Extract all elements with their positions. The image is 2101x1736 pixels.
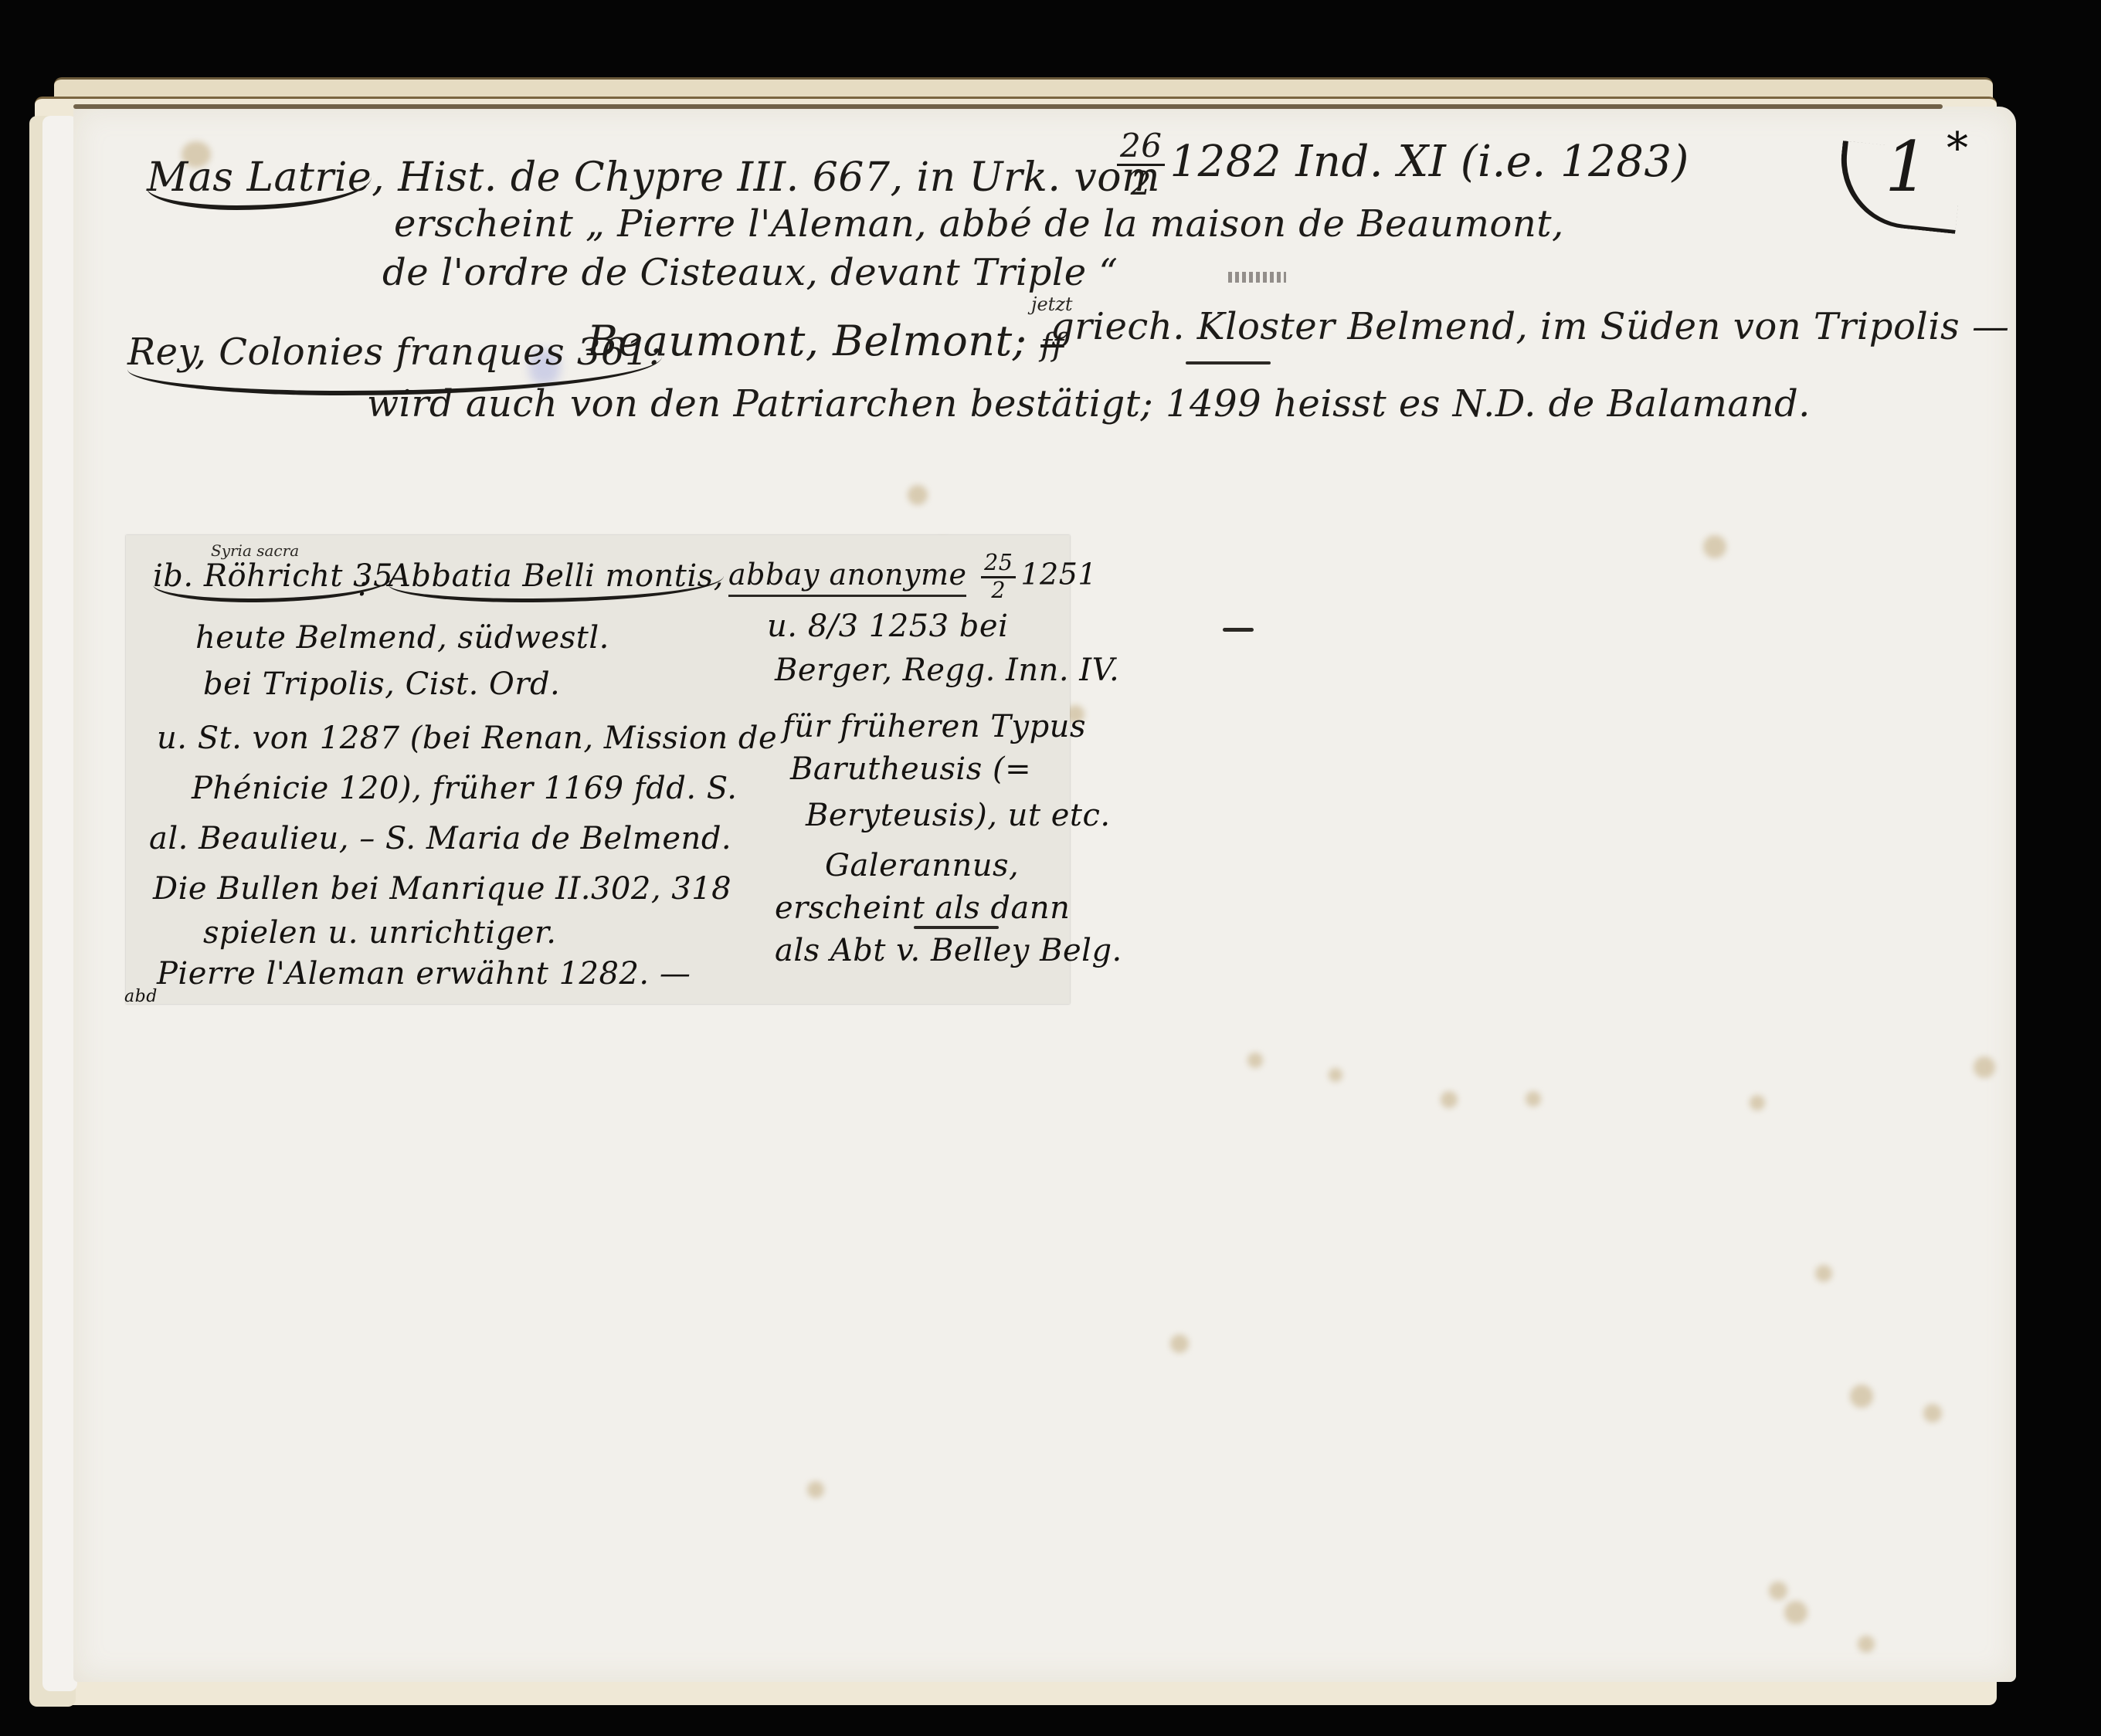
date-fraction: 25 2 <box>981 552 1016 602</box>
foxing-stain <box>1526 1091 1541 1107</box>
folio-number-text: 1 <box>1885 127 1929 208</box>
date-fraction: 26 2 <box>1117 130 1165 200</box>
page-top-edge <box>73 104 1943 109</box>
entry-mas-latrie-date: 26 2 1282 Ind. XI (i.e. 1283) <box>1112 130 1689 200</box>
slip-abbatia: Abbatia Belli montis, <box>389 558 724 594</box>
underline-belmend <box>1186 361 1271 364</box>
foxing-stain <box>1850 1385 1873 1408</box>
slip-line-spielen: spielen u. unrichtiger. <box>203 915 556 951</box>
entry-rey-line2: griech. Kloster Belmend, im Süden von Tr… <box>1050 305 2009 348</box>
asterisk-icon: * <box>1947 124 1968 174</box>
foxing-stain <box>1858 1636 1875 1653</box>
foxing-stain <box>1769 1582 1787 1600</box>
entry-rey-line1: Beaumont, Belmont; ff <box>587 317 1064 365</box>
foxing-stain <box>1329 1068 1342 1082</box>
interlinear-syria-sacra: Syria sacra <box>211 541 299 560</box>
entry-mas-latrie-line2: erscheint „ Pierre l'Aleman, abbé de la … <box>394 202 1564 246</box>
slip-colon: : <box>358 568 368 603</box>
folio-number: 1 * <box>1831 131 1985 216</box>
slip-right-beryteusis: Beryteusis), ut etc. <box>806 798 1111 833</box>
crossed-out-text <box>1228 272 1286 283</box>
page-stack-left-white-edge <box>42 116 77 1691</box>
slip-right-1253: u. 8/3 1253 bei <box>767 609 1008 644</box>
underline-dann <box>914 926 999 929</box>
entry-mas-latrie-line3: de l'ordre de Cisteaux, devant Triple “ <box>382 251 1118 294</box>
entry-rey-source: Rey, Colonies franques 361: <box>127 331 662 374</box>
foxing-stain <box>1703 535 1726 558</box>
foxing-stain <box>1923 1404 1942 1422</box>
slip-right-erscheint: erscheint als dann <box>775 890 1070 926</box>
slip-right-berger: Berger, Regg. Inn. IV. <box>775 653 1119 688</box>
slip-margin-note: abd <box>124 987 158 1006</box>
foxing-stain <box>1815 1265 1832 1282</box>
foxing-stain <box>1170 1334 1189 1353</box>
slip-abbay-anonyme: abbay anonyme 25 2 1251 <box>728 552 1097 602</box>
slip-right-barutheusis: Barutheusis (= <box>790 751 1031 787</box>
foxing-stain <box>908 485 928 505</box>
foxing-stain <box>1247 1053 1263 1068</box>
foxing-stain <box>1784 1601 1807 1624</box>
slip-line-heute: heute Belmend, südwestl. <box>195 620 609 656</box>
slip-line-1287: u. St. von 1287 (bei Renan, Mission de <box>157 721 777 756</box>
slip-right-frueheren: für früheren Typus <box>782 709 1086 744</box>
slip-right-abt: als Abt v. Belley Belg. <box>775 933 1122 968</box>
stray-ink-dash <box>1223 628 1254 632</box>
slip-line-tripolis: bei Tripolis, Cist. Ord. <box>203 666 560 702</box>
slip-line-bullen: Die Bullen bei Manrique II.302, 318 <box>153 871 731 907</box>
foxing-stain <box>807 1481 824 1498</box>
slip-line-beaulieu: al. Beaulieu, – S. Maria de Belmend. <box>149 821 731 856</box>
slip-right-galerannus: Galerannus, <box>825 848 1019 883</box>
pasted-note-slip: Syria sacra ib. Röhricht 35 : Abbatia Be… <box>126 535 1070 1004</box>
slip-line-pierre: Pierre l'Aleman erwähnt 1282. — <box>157 956 691 992</box>
foxing-stain <box>1750 1095 1765 1110</box>
entry-rey-line3: wird auch von den Patriarchen bestätigt;… <box>367 382 1811 426</box>
foxing-stain <box>1441 1091 1458 1108</box>
slip-line-phenicie: Phénicie 120), früher 1169 fdd. S. <box>192 771 737 806</box>
foxing-stain <box>1974 1056 1995 1078</box>
entry-mas-latrie-source: Mas Latrie, Hist. de Chypre III. 667, in… <box>147 154 1160 201</box>
